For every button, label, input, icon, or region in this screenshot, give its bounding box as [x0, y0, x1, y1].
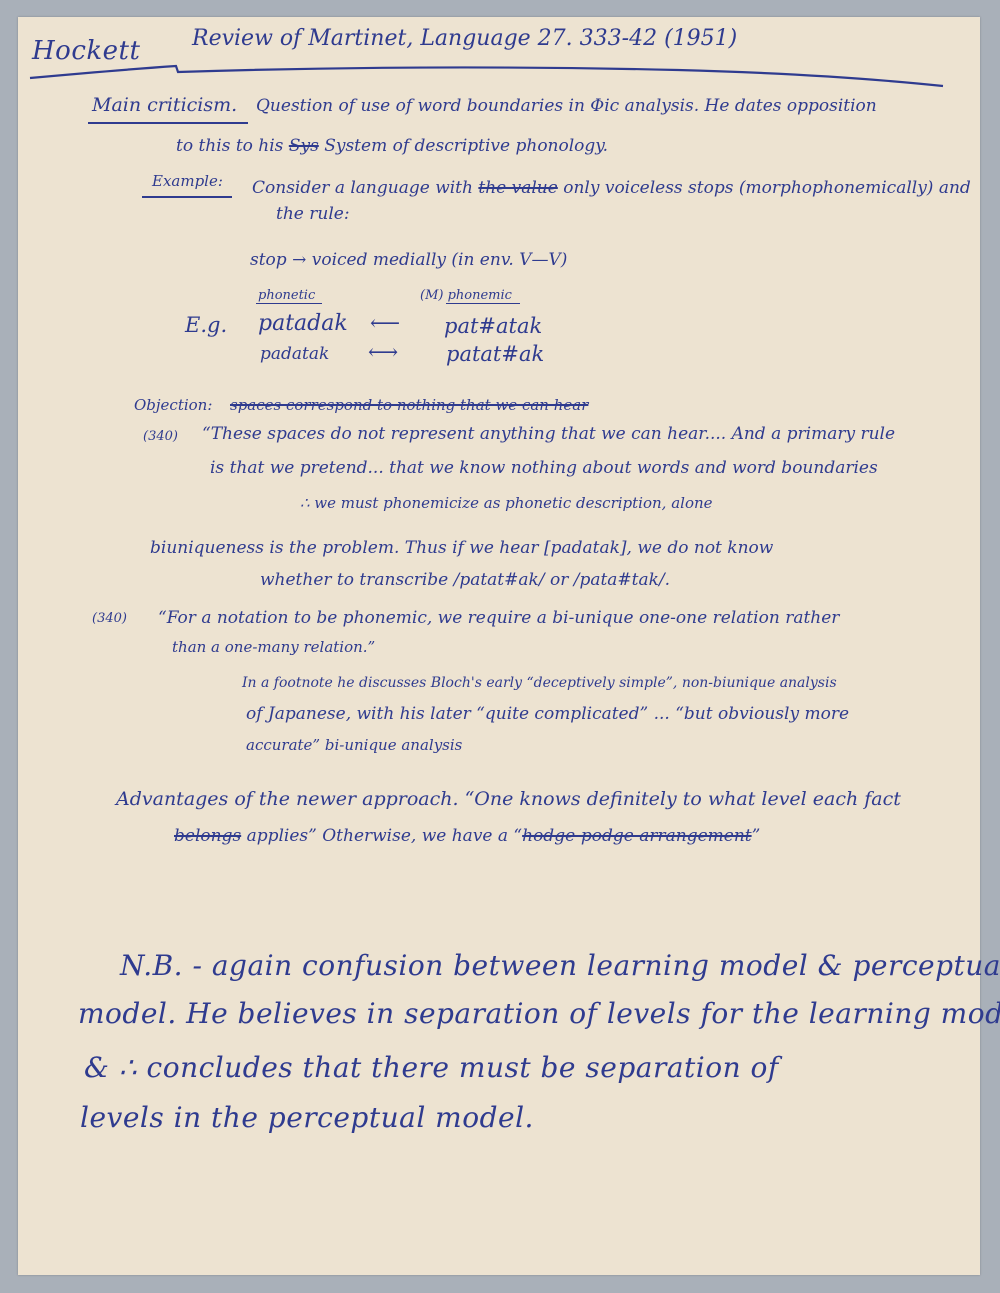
- footnote-line3: accurate” bi-unique analysis: [246, 738, 462, 753]
- nb-line3: & ∴ concludes that there must be separat…: [84, 1054, 779, 1082]
- example-row-1-phonetic: patadak: [258, 313, 348, 335]
- example-row-2-arrow: ⟷: [368, 342, 398, 363]
- author-name: Hockett: [32, 38, 140, 64]
- phonemic-underline: [446, 303, 520, 304]
- objection-label: Objection:: [134, 398, 212, 413]
- example-line1: Consider a language with the value only …: [252, 180, 971, 197]
- footnote-line2: of Japanese, with his later “quite compl…: [246, 706, 849, 723]
- phonemic-column-header: (M) phonemic: [420, 289, 512, 302]
- objection-struck-text: spaces correspond to nothing that we can…: [230, 398, 588, 413]
- quote1-line2: is that we pretend... that we know nothi…: [210, 460, 878, 477]
- main-criticism-label: Main criticism.: [92, 96, 237, 115]
- example-line2: the rule:: [276, 206, 350, 223]
- main-criticism-line1: Question of use of word boundaries in Φi…: [256, 98, 877, 115]
- advantages-line2-end: ”: [752, 826, 761, 846]
- biunique-line1: biuniqueness is the problem. Thus if we …: [150, 540, 773, 557]
- line2-prefix: to this to his: [176, 136, 283, 156]
- phonetic-column-header: phonetic: [258, 289, 315, 302]
- quote2-line1: “For a notation to be phonemic, we requi…: [158, 610, 839, 627]
- example-row-2-phonetic: padatak: [260, 346, 329, 363]
- example-label: Example:: [152, 174, 223, 189]
- nb-line1: N.B. - again confusion between learning …: [120, 952, 1000, 980]
- phonetic-underline: [256, 303, 322, 304]
- therefore-line: ∴ we must phonemicize as phonetic descri…: [300, 496, 713, 511]
- voicing-rule: stop → voiced medially (in env. V—V): [250, 252, 567, 269]
- biunique-line2: whether to transcribe /patat#ak/ or /pat…: [260, 572, 670, 589]
- example-row-2-phonemic: patat#ak: [446, 344, 544, 365]
- eg-label: E.g.: [185, 315, 227, 336]
- struck-belongs: belongs: [174, 826, 241, 846]
- example-line1-suffix: only voiceless stops (morphophonemically…: [563, 178, 971, 198]
- quote1-page-ref: (340): [143, 430, 178, 443]
- struck-word: Sys: [289, 136, 319, 156]
- advantages-line1: Advantages of the newer approach. “One k…: [116, 790, 901, 809]
- advantages-line2: belongs applies” Otherwise, we have a “h…: [174, 828, 760, 845]
- quote2-line2: than a one-many relation.”: [172, 640, 375, 655]
- footnote-line1: In a footnote he discusses Bloch's early…: [242, 676, 837, 690]
- example-row-1-phonemic: pat#atak: [444, 316, 542, 337]
- line2-suffix: System of descriptive phonology.: [324, 136, 608, 156]
- manuscript-page: [18, 17, 980, 1275]
- quote1-line1: “These spaces do not represent anything …: [202, 426, 895, 443]
- advantages-line2-mid: applies” Otherwise, we have a “: [247, 826, 523, 846]
- struck-hodge-podge: hodge-podge arrangement: [522, 826, 751, 846]
- nb-line4: levels in the perceptual model.: [80, 1104, 534, 1132]
- citation: Review of Martinet, Language 27. 333-42 …: [192, 28, 737, 50]
- example-underline: [142, 196, 232, 198]
- quote2-page-ref: (340): [92, 612, 127, 625]
- main-criticism-line2: to this to his Sys System of descriptive…: [176, 138, 608, 155]
- example-struck: the value: [478, 178, 557, 198]
- main-criticism-underline: [88, 122, 248, 124]
- example-row-1-arrow: ⟵: [370, 313, 400, 334]
- nb-line2: model. He believes in separation of leve…: [78, 1000, 1000, 1028]
- example-line1-prefix: Consider a language with: [252, 178, 473, 198]
- header-rule: [28, 62, 948, 92]
